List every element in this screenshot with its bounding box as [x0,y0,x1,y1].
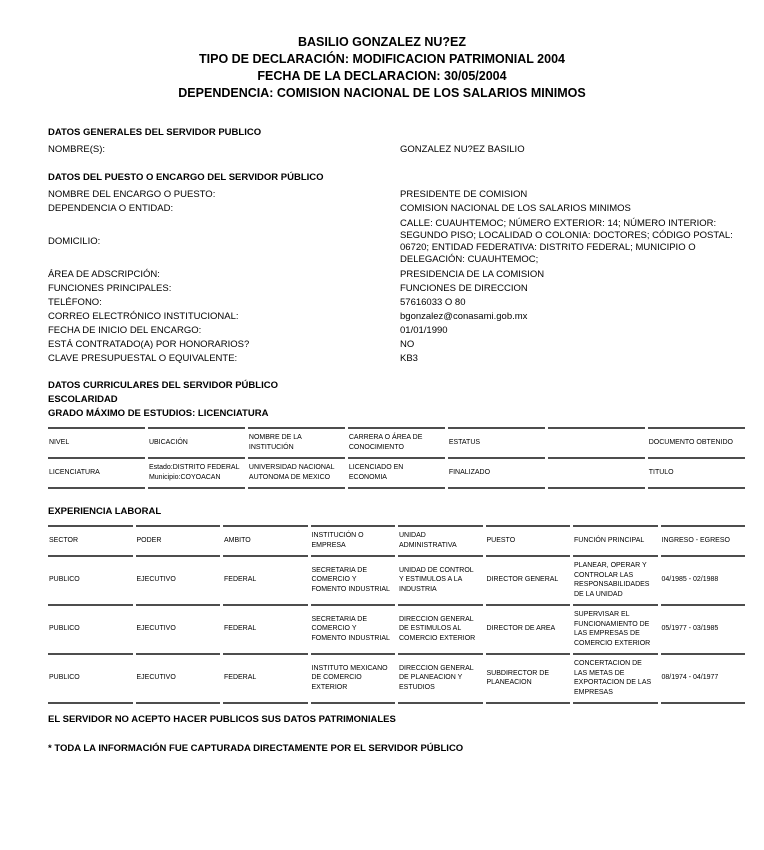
field-label-telefono: TELÉFONO: [48,296,400,310]
col-header-nivel: NIVEL [48,427,145,457]
col-header-ubicacion: UBICACIÓN [148,427,245,457]
col-header-ambito: AMBITO [223,525,308,555]
cell-institucion: UNIVERSIDAD NACIONAL AUTONOMA DE MEXICO [248,457,345,489]
cell-unidad: DIRECCION GENERAL DE ESTIMULOS AL COMERC… [398,604,483,653]
cell-institucion: SECRETARIA DE COMERCIO Y FOMENTO INDUSTR… [311,555,396,604]
field-value-telefono: 57616033 O 80 [400,296,750,310]
cell-estatus: FINALIZADO [448,457,545,489]
field-label-honorarios: ESTÁ CONTRATADO(A) POR HONORARIOS? [48,338,400,352]
footer-privacy-statement: EL SERVIDOR NO ACEPTO HACER PUBLICOS SUS… [48,713,750,727]
document-title-block: BASILIO GONZALEZ NU?EZ TIPO DE DECLARACI… [24,34,740,102]
cell-ingreso-egreso: 04/1985 - 02/1988 [661,555,746,604]
field-value-clave-presupuestal: KB3 [400,352,750,366]
subhead-grado-maximo: GRADO MÁXIMO DE ESTUDIOS: LICENCIATURA [48,407,750,421]
experiencia-header-row: SECTOR PODER AMBITO INSTITUCIÓN O EMPRES… [48,525,745,555]
cell-funcion: SUPERVISAR EL FUNCIONAMIENTO DE LAS EMPR… [573,604,658,653]
field-domicilio: DOMICILIO: CALLE: CUAUHTEMOC; NÚMERO EXT… [48,216,750,268]
declaration-document: BASILIO GONZALEZ NU?EZ TIPO DE DECLARACI… [0,0,764,850]
field-label-fecha-inicio: FECHA DE INICIO DEL ENCARGO: [48,324,400,338]
cell-spacer [548,457,645,489]
col-header-institucion: NOMBRE DE LA INSTITUCIÓN [248,427,345,457]
title-declaration-type: TIPO DE DECLARACIÓN: MODIFICACION PATRIM… [24,51,740,68]
field-value-funciones: FUNCIONES DE DIRECCION [400,282,750,296]
escolaridad-row: LICENCIATURA Estado:DISTRITO FEDERAL Mun… [48,457,745,489]
field-correo: CORREO ELECTRÓNICO INSTITUCIONAL: bgonza… [48,310,750,324]
field-label-correo: CORREO ELECTRÓNICO INSTITUCIONAL: [48,310,400,324]
experiencia-row-2: PUBLICO EJECUTIVO FEDERAL SECRETARIA DE … [48,604,745,653]
field-label-encargo: NOMBRE DEL ENCARGO O PUESTO: [48,188,400,202]
col-header-sector: SECTOR [48,525,133,555]
title-dependency: DEPENDENCIA: COMISION NACIONAL DE LOS SA… [24,85,740,102]
cell-unidad: DIRECCION GENERAL DE PLANEACION Y ESTUDI… [398,653,483,704]
field-label-area-adscripcion: ÁREA DE ADSCRIPCIÓN: [48,268,400,282]
col-header-funcion-principal: FUNCIÓN PRINCIPAL [573,525,658,555]
cell-ambito: FEDERAL [223,555,308,604]
cell-ambito: FEDERAL [223,604,308,653]
field-label-nombre: NOMBRE(S): [48,143,400,157]
field-dependencia: DEPENDENCIA O ENTIDAD: COMISION NACIONAL… [48,202,750,216]
field-funciones: FUNCIONES PRINCIPALES: FUNCIONES DE DIRE… [48,282,750,296]
cell-ubicacion-estado: Estado:DISTRITO FEDERAL [149,463,241,473]
field-label-funciones: FUNCIONES PRINCIPALES: [48,282,400,296]
cell-sector: PUBLICO [48,604,133,653]
col-header-poder: PODER [136,525,221,555]
cell-ambito: FEDERAL [223,653,308,704]
document-body: DATOS GENERALES DEL SERVIDOR PUBLICO NOM… [48,126,750,756]
field-label-clave-presupuestal: CLAVE PRESUPUESTAL O EQUIVALENTE: [48,352,400,366]
cell-funcion: PLANEAR, OPERAR Y CONTROLAR LAS RESPONSA… [573,555,658,604]
cell-poder: EJECUTIVO [136,653,221,704]
cell-puesto: DIRECTOR GENERAL [486,555,571,604]
cell-sector: PUBLICO [48,653,133,704]
section-title-datos-puesto: DATOS DEL PUESTO O ENCARGO DEL SERVIDOR … [48,171,750,185]
cell-documento: TITULO [648,457,745,489]
field-nombre: NOMBRE(S): GONZALEZ NU?EZ BASILIO [48,143,750,157]
field-label-domicilio: DOMICILIO: [48,235,400,249]
col-header-ingreso-egreso: INGRESO - EGRESO [661,525,746,555]
col-header-puesto: PUESTO [486,525,571,555]
col-header-carrera: CARRERA O ÁREA DE CONOCIMIENTO [348,427,445,457]
cell-puesto: SUBDIRECTOR DE PLANEACION [486,653,571,704]
cell-ubicacion: Estado:DISTRITO FEDERAL Municipio:COYOAC… [148,457,245,489]
cell-unidad: UNIDAD DE CONTROL Y ESTIMULOS A LA INDUS… [398,555,483,604]
col-header-institucion-empresa: INSTITUCIÓN O EMPRESA [311,525,396,555]
cell-carrera: LICENCIADO EN ECONOMIA [348,457,445,489]
field-value-correo: bgonzalez@conasami.gob.mx [400,310,750,324]
field-clave-presupuestal: CLAVE PRESUPUESTAL O EQUIVALENTE: KB3 [48,352,750,366]
experiencia-table: SECTOR PODER AMBITO INSTITUCIÓN O EMPRES… [45,525,748,704]
section-title-datos-curriculares: DATOS CURRICULARES DEL SERVIDOR PÚBLICO [48,379,750,393]
col-header-unidad-administrativa: UNIDAD ADMINISTRATIVA [398,525,483,555]
cell-institucion: SECRETARIA DE COMERCIO Y FOMENTO INDUSTR… [311,604,396,653]
field-value-fecha-inicio: 01/01/1990 [400,324,750,338]
col-header-estatus: ESTATUS [448,427,545,457]
field-value-honorarios: NO [400,338,750,352]
field-value-dependencia: COMISION NACIONAL DE LOS SALARIOS MINIMO… [400,202,750,216]
section-title-experiencia: EXPERIENCIA LABORAL [48,505,750,519]
experiencia-row-3: PUBLICO EJECUTIVO FEDERAL INSTITUTO MEXI… [48,653,745,704]
cell-ingreso-egreso: 08/1974 - 04/1977 [661,653,746,704]
field-encargo: NOMBRE DEL ENCARGO O PUESTO: PRESIDENTE … [48,188,750,202]
field-label-dependencia: DEPENDENCIA O ENTIDAD: [48,202,400,216]
escolaridad-table: NIVEL UBICACIÓN NOMBRE DE LA INSTITUCIÓN… [45,427,748,489]
title-person-name: BASILIO GONZALEZ NU?EZ [24,34,740,51]
experiencia-row-1: PUBLICO EJECUTIVO FEDERAL SECRETARIA DE … [48,555,745,604]
col-header-spacer [548,427,645,457]
cell-sector: PUBLICO [48,555,133,604]
escolaridad-header-row: NIVEL UBICACIÓN NOMBRE DE LA INSTITUCIÓN… [48,427,745,457]
field-value-area-adscripcion: PRESIDENCIA DE LA COMISION [400,268,750,282]
footer-capture-note: * TODA LA INFORMACIÓN FUE CAPTURADA DIRE… [48,742,750,756]
title-declaration-date: FECHA DE LA DECLARACION: 30/05/2004 [24,68,740,85]
cell-poder: EJECUTIVO [136,555,221,604]
field-area-adscripcion: ÁREA DE ADSCRIPCIÓN: PRESIDENCIA DE LA C… [48,268,750,282]
field-telefono: TELÉFONO: 57616033 O 80 [48,296,750,310]
field-honorarios: ESTÁ CONTRATADO(A) POR HONORARIOS? NO [48,338,750,352]
cell-institucion: INSTITUTO MEXICANO DE COMERCIO EXTERIOR [311,653,396,704]
field-value-domicilio: CALLE: CUAUHTEMOC; NÚMERO EXTERIOR: 14; … [400,216,750,268]
col-header-documento: DOCUMENTO OBTENIDO [648,427,745,457]
cell-funcion: CONCERTACION DE LAS METAS DE EXPORTACION… [573,653,658,704]
subhead-escolaridad: ESCOLARIDAD [48,393,750,407]
field-value-nombre: GONZALEZ NU?EZ BASILIO [400,143,750,157]
cell-ingreso-egreso: 05/1977 - 03/1985 [661,604,746,653]
cell-ubicacion-municipio: Municipio:COYOACAN [149,473,241,483]
cell-poder: EJECUTIVO [136,604,221,653]
cell-nivel: LICENCIATURA [48,457,145,489]
section-title-datos-generales: DATOS GENERALES DEL SERVIDOR PUBLICO [48,126,750,140]
field-value-encargo: PRESIDENTE DE COMISION [400,188,750,202]
field-fecha-inicio: FECHA DE INICIO DEL ENCARGO: 01/01/1990 [48,324,750,338]
cell-puesto: DIRECTOR DE AREA [486,604,571,653]
